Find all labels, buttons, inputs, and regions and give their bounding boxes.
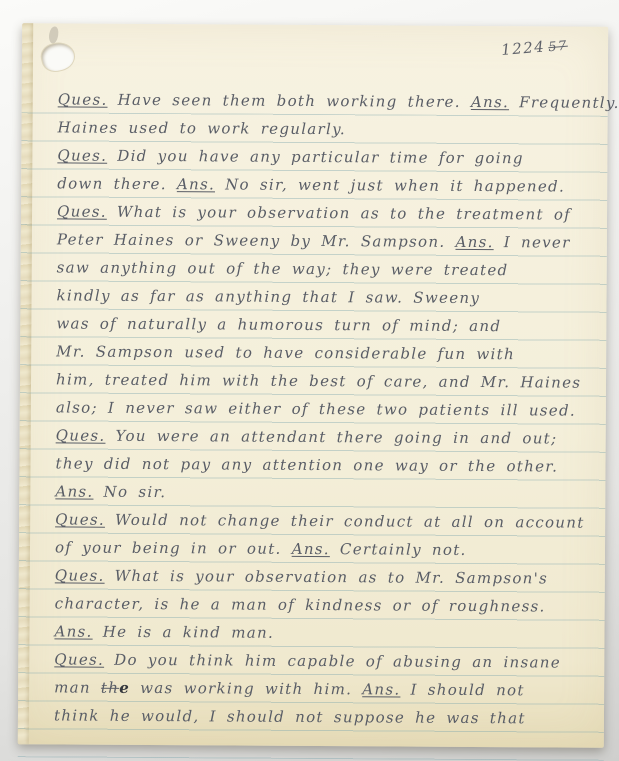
handwriting-segment: was of naturally a humorous turn of mind… xyxy=(56,314,501,335)
handwriting-segment: Would not change their conduct at all on… xyxy=(105,511,585,532)
handwriting-segment: You were an attendant there going in and… xyxy=(105,427,557,448)
handwriting-segment: I should not xyxy=(400,681,524,700)
handwriting-segment: No sir. xyxy=(93,483,166,501)
manuscript-line: Ans. No sir. xyxy=(55,477,595,508)
manuscript-line: him, treated him with the best of care, … xyxy=(56,365,596,396)
manuscript-line: Ques. Would not change their conduct at … xyxy=(55,505,595,536)
paper-smudge xyxy=(48,26,60,44)
manuscript-line: saw anything out of the way; they were t… xyxy=(57,253,597,284)
manuscript-line: character, is he a man of kindness or of… xyxy=(55,589,595,620)
manuscript-line: Ques. Have seen them both working there.… xyxy=(58,85,598,116)
qa-label: Ques. xyxy=(57,146,107,164)
manuscript-line: man the was working with him. Ans. I sho… xyxy=(54,673,594,704)
qa-label: Ans. xyxy=(455,233,493,251)
handwriting-segment: What is your observation as to Mr. Samps… xyxy=(105,567,549,588)
handwriting-segment: was working with him. xyxy=(130,679,362,698)
handwriting-segment: man xyxy=(54,678,101,696)
manuscript-line: Mr. Sampson used to have considerable fu… xyxy=(56,337,596,368)
qa-label: Ques. xyxy=(57,202,107,220)
qa-label: Ques. xyxy=(58,90,108,108)
qa-label: Ans. xyxy=(177,175,215,193)
manuscript-line: kindly as far as anything that I saw. Sw… xyxy=(56,281,596,312)
qa-label: Ans. xyxy=(471,93,509,111)
manuscript-line: of your being in or out. Ans. Certainly … xyxy=(55,533,595,564)
handwriting-segment: I never xyxy=(494,233,571,251)
qa-label: Ans. xyxy=(362,680,400,698)
struck-word: th xyxy=(101,679,119,697)
handwriting-segment: of your being in or out. xyxy=(55,538,292,557)
manuscript-line: Ques. You were an attendant there going … xyxy=(56,421,596,452)
handwriting-segment: Frequently. xyxy=(509,93,619,112)
qa-label: Ans. xyxy=(55,482,93,500)
manuscript-line: down there. Ans. No sir, went just when … xyxy=(57,169,597,200)
handwriting-segment: Peter Haines or Sweeny by Mr. Sampson. xyxy=(57,230,456,250)
paper-hole xyxy=(39,40,76,74)
page-number: 122457 xyxy=(501,36,569,59)
manuscript-line: Ques. Do you think him capable of abusin… xyxy=(54,645,594,676)
handwriting-segment: Did you have any particular time for goi… xyxy=(107,147,524,168)
handwriting-segment: also; I never saw either of these two pa… xyxy=(56,398,576,419)
qa-label: Ques. xyxy=(55,566,105,584)
qa-label: Ques. xyxy=(56,426,106,444)
qa-label: Ques. xyxy=(54,650,104,668)
manuscript-line: Ques. What is your observation as to the… xyxy=(57,197,597,228)
page-number-struck: 57 xyxy=(548,39,569,56)
handwriting-segment: He is a kind man. xyxy=(93,623,274,642)
manuscript-line: also; I never saw either of these two pa… xyxy=(56,393,596,424)
manuscript-line: Peter Haines or Sweeny by Mr. Sampson. A… xyxy=(57,225,597,256)
handwriting-segment: No sir, went just when it happened. xyxy=(215,175,565,195)
qa-label: Ans. xyxy=(292,540,330,558)
scanned-document: 122457 Ques. Have seen them both working… xyxy=(0,0,619,761)
handwriting-segment: down there. xyxy=(57,174,177,193)
manuscript-line: Ques. What is your observation as to Mr.… xyxy=(55,561,595,592)
manuscript-line: Haines used to work regularly. xyxy=(57,113,597,144)
qa-label: Ques. xyxy=(55,510,105,528)
handwriting-segment: character, is he a man of kindness or of… xyxy=(55,594,546,615)
qa-label: Ans. xyxy=(54,622,92,640)
page-number-value: 1224 xyxy=(501,38,547,60)
manuscript-line: Ans. He is a kind man. xyxy=(54,617,594,648)
handwriting-segment: Certainly not. xyxy=(330,540,467,559)
handwriting-segment: him, treated him with the best of care, … xyxy=(56,370,581,391)
handwriting-segment: think he would, I should not suppose he … xyxy=(54,706,526,727)
handwriting-segment: e xyxy=(119,679,130,697)
handwriting-segment: Mr. Sampson used to have considerable fu… xyxy=(56,342,515,363)
handwriting-segment: What is your observation as to the treat… xyxy=(107,203,571,224)
manuscript-line: was of naturally a humorous turn of mind… xyxy=(56,309,596,340)
handwriting-segment: Haines used to work regularly. xyxy=(58,118,347,138)
handwriting-segment: Do you think him capable of abusing an i… xyxy=(104,651,561,672)
handwriting-segment: Have seen them both working there. xyxy=(107,91,470,111)
handwriting-segment: kindly as far as anything that I saw. Sw… xyxy=(56,286,480,307)
manuscript-text: Ques. Have seen them both working there.… xyxy=(54,85,598,732)
manuscript-line: think he would, I should not suppose he … xyxy=(54,701,594,732)
manuscript-page: 122457 Ques. Have seen them both working… xyxy=(18,23,608,748)
manuscript-line: they did not pay any attention one way o… xyxy=(55,449,595,480)
handwriting-segment: they did not pay any attention one way o… xyxy=(55,454,558,475)
handwriting-segment: saw anything out of the way; they were t… xyxy=(57,258,509,279)
manuscript-line: Ques. Did you have any particular time f… xyxy=(57,141,597,172)
